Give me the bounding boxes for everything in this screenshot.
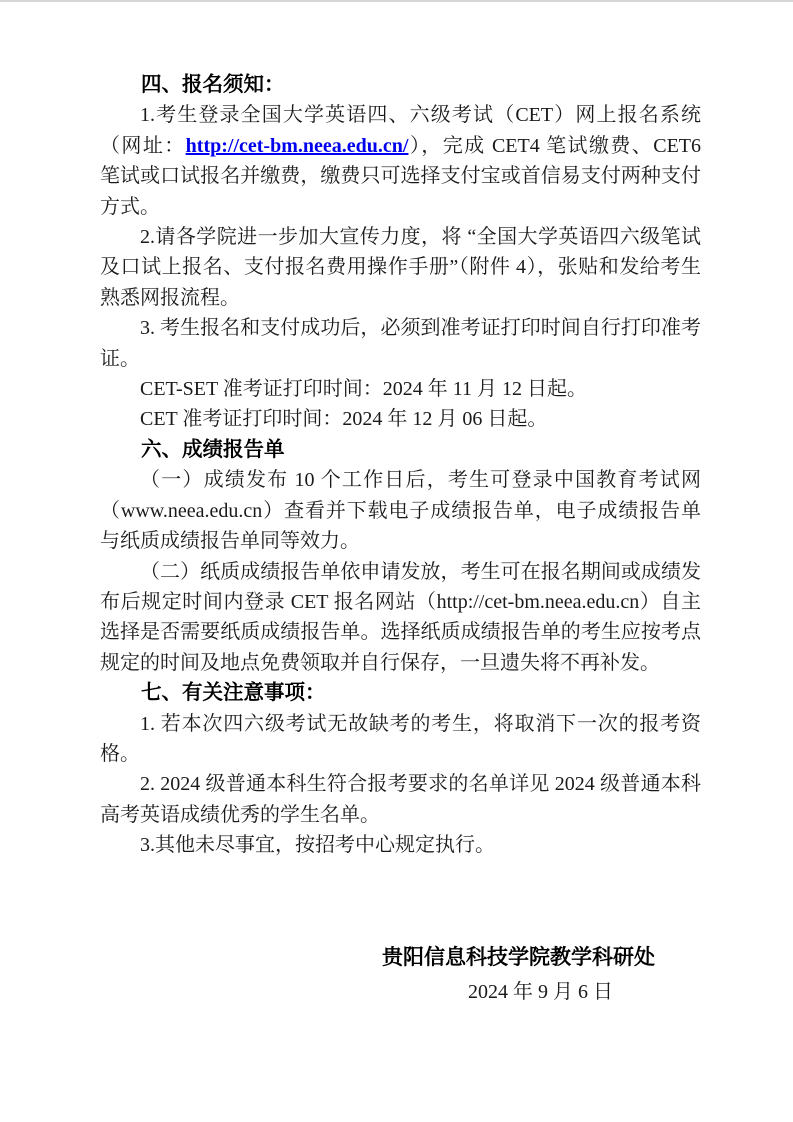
page-top-edge xyxy=(0,0,793,2)
section-heading-score-report: 六、成绩报告单 xyxy=(100,435,701,465)
signature-block: 贵阳信息科技学院教学科研处 2024 年 9 月 6 日 xyxy=(100,941,701,1009)
paragraph-note-absence: 1. 若本次四六级考试无故缺考的考生，将取消下一次的报考资格。 xyxy=(100,709,701,770)
signature-department: 贵阳信息科技学院教学科研处 xyxy=(100,941,701,975)
paragraph-score-report-electronic: （一）成绩发布 10 个工作日后，考生可登录中国教育考试网（www.neea.e… xyxy=(100,465,701,556)
paragraph-cet-set-ticket-print-time: CET-SET 准考证打印时间：2024 年 11 月 12 日起。 xyxy=(100,374,701,404)
paragraph-note-other: 3.其他未尽事宜，按招考中心规定执行。 xyxy=(100,830,701,860)
section-heading-registration-notes: 四、报名须知： xyxy=(100,70,701,100)
paragraph-registration-step1: 1.考生登录全国大学英语四、六级考试（CET）网上报名系统（网址：http://… xyxy=(100,100,701,222)
section-heading-notes: 七、有关注意事项： xyxy=(100,678,701,708)
paragraph-score-report-paper: （二）纸质成绩报告单依申请发放，考生可在报名期间或成绩发布后规定时间内登录 CE… xyxy=(100,557,701,679)
paragraph-registration-step2: 2.请各学院进一步加大宣传力度，将 “全国大学英语四六级笔试及口试上报名、支付报… xyxy=(100,222,701,313)
paragraph-registration-step3: 3. 考生报名和支付成功后，必须到准考证打印时间自行打印准考证。 xyxy=(100,313,701,374)
paragraph-cet-ticket-print-time: CET 准考证打印时间：2024 年 12 月 06 日起。 xyxy=(100,404,701,434)
document-content: 四、报名须知： 1.考生登录全国大学英语四、六级考试（CET）网上报名系统（网址… xyxy=(100,70,701,1009)
paragraph-note-2024-students: 2. 2024 级普通本科生符合报考要求的名单详见 2024 级普通本科高考英语… xyxy=(100,769,701,830)
document-page: 四、报名须知： 1.考生登录全国大学英语四、六级考试（CET）网上报名系统（网址… xyxy=(0,0,793,1122)
signature-date: 2024 年 9 月 6 日 xyxy=(100,975,701,1009)
cet-registration-link[interactable]: http://cet-bm.neea.edu.cn/ xyxy=(186,135,409,157)
